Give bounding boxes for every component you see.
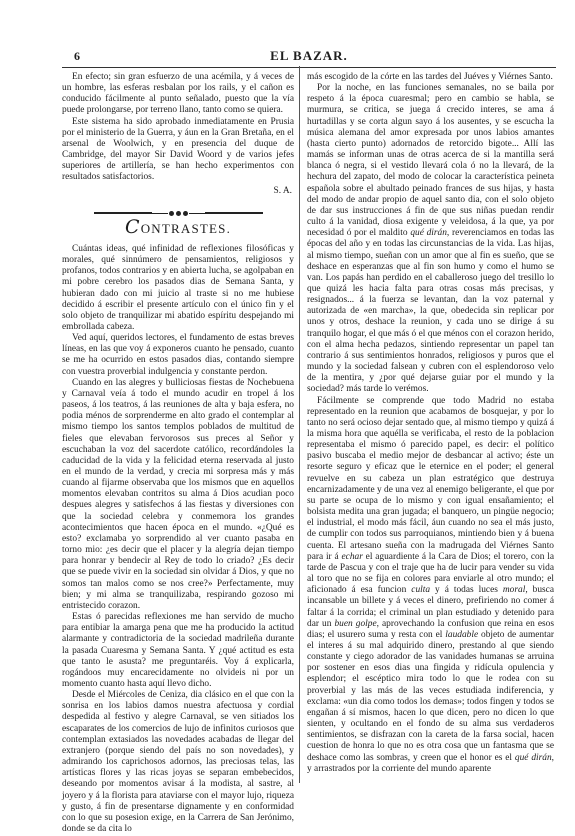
paragraph: Ved aquí, queridos lectores, el fundamen…: [62, 333, 294, 378]
italic-text: qué dirán: [410, 228, 447, 238]
masthead: EL BAZAR.: [62, 48, 556, 64]
italic-text: culta: [411, 585, 430, 595]
article-title: CONTRASTES.: [62, 222, 294, 234]
paragraph: Fácilmente se comprende que todo Madrid …: [307, 396, 554, 775]
column-divider: [299, 66, 300, 783]
ornament-dot-icon: [176, 211, 181, 216]
paragraph: Este sistema ha sido aprobado inmediatam…: [62, 117, 294, 184]
left-column: En efecto; sin gran esfuerzo de una acém…: [62, 72, 294, 835]
text-run: Fácilmente se comprende que todo Madrid …: [307, 396, 554, 562]
ornament-divider: [62, 211, 294, 216]
paragraph: Cuántas ideas, qué infinidad de reflexio…: [62, 244, 294, 333]
article-title-initial: C: [125, 216, 141, 238]
ornament-rule: [189, 213, 205, 214]
ornament-rule: [94, 212, 152, 214]
ornament-rule: [205, 212, 263, 214]
ornament-rule: [152, 213, 168, 214]
page-header: 6 EL BAZAR.: [62, 49, 556, 63]
paragraph: Cuando en las alegres y bulliciosas fies…: [62, 378, 294, 612]
text-run: y á todas luces: [430, 585, 503, 595]
ornament-dot-icon: [169, 211, 174, 216]
article-title-text: ONTRASTES.: [141, 221, 231, 236]
header-rule: [62, 67, 556, 68]
italic-text: laudable: [445, 630, 478, 640]
ornament-dot-icon: [183, 211, 188, 216]
text-run: Por la noche, en las funciones semanales…: [307, 83, 554, 238]
text-run: objeto de aumentar el interes á su mal a…: [307, 630, 554, 763]
italic-text: qué dirán: [515, 753, 552, 763]
italic-text: buen golpe: [334, 619, 376, 629]
paragraph: Por la noche, en las funciones semanales…: [307, 83, 554, 395]
right-column: más escogido de la córte en las tardes d…: [307, 72, 554, 775]
signature: S. A.: [62, 186, 294, 197]
italic-text: moral: [503, 585, 525, 595]
paragraph: Estas ó parecidas reflexiones me han ser…: [62, 612, 294, 690]
text-run: , reverenciamos en todas las épocas del …: [307, 228, 554, 394]
paragraph: más escogido de la córte en las tardes d…: [307, 72, 554, 83]
paragraph: En efecto; sin gran esfuerzo de una acém…: [62, 72, 294, 117]
italic-text: echar: [342, 552, 363, 562]
paragraph: Desde el Miércoles de Ceniza, dia clásic…: [62, 690, 294, 835]
